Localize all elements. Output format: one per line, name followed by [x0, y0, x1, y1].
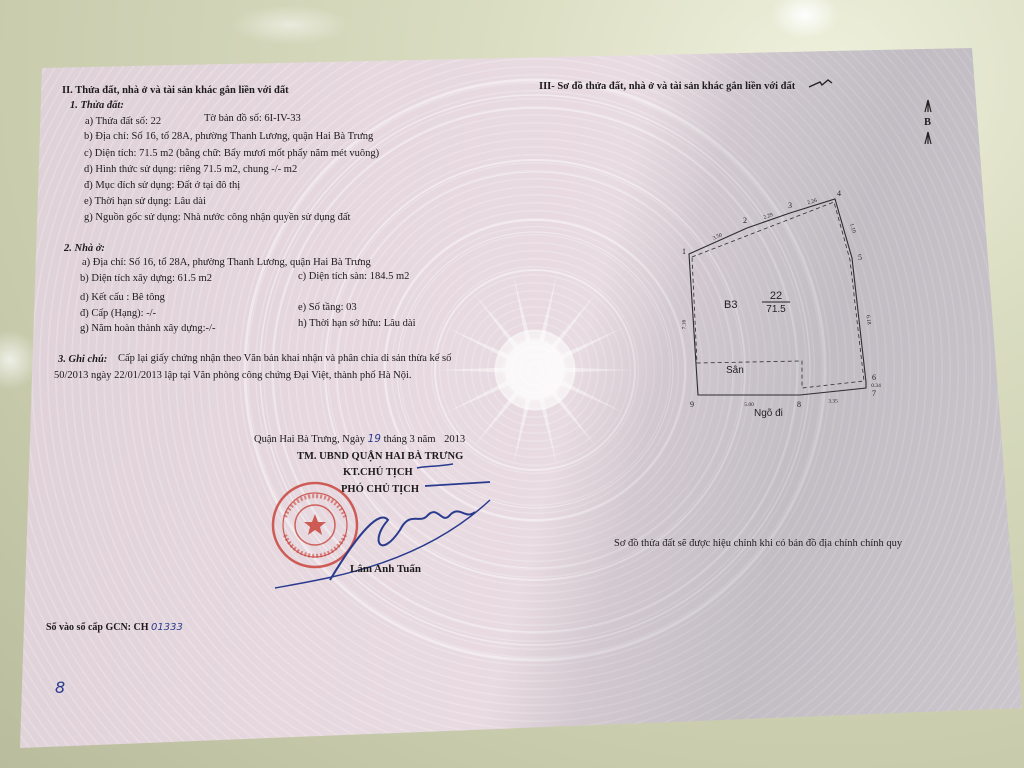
land-parcel-no: a) Thửa đất số: 22 — [85, 116, 161, 128]
note-line-1: Cấp lại giấy chứng nhận theo Văn bản kha… — [118, 353, 451, 365]
house-floors: e) Số tầng: 03 — [298, 302, 357, 314]
date-prefix: Quận Hai Bà Trưng, Ngày — [254, 434, 365, 445]
land-term: e) Thời hạn sử dụng: Lâu dài — [84, 196, 206, 208]
parcel-diagram: 1234567893.502.292.261.106.180.343.355.0… — [660, 185, 900, 435]
north-label: B — [924, 117, 931, 129]
vertex-label: 8 — [797, 400, 801, 409]
edge-length: 7.16 — [682, 319, 688, 329]
signature-icon — [330, 511, 475, 580]
position: PHÓ CHỦ TỊCH — [341, 484, 419, 496]
certificate-paper: II. Thửa đất, nhà ở và tài sản khác gắn … — [0, 0, 1024, 768]
edge-length: 3.50 — [712, 232, 723, 242]
land-heading: 1. Thửa đất: — [70, 100, 124, 112]
house-floor-area: c) Diện tích sàn: 184.5 m2 — [298, 271, 409, 283]
vertex-label: 9 — [690, 400, 694, 409]
parcel-number: 22 — [770, 290, 782, 302]
vertex-label: 6 — [872, 373, 876, 382]
section-ii-title: II. Thửa đất, nhà ở và tài sản khác gắn … — [62, 85, 289, 97]
house-year-completed: g) Năm hoàn thành xây dựng:-/- — [80, 323, 215, 335]
registry-number: Số vào sổ cấp GCN: CH 01333 — [46, 622, 183, 634]
issue-date: Quận Hai Bà Trưng, Ngày 19 tháng 3 năm 2… — [254, 433, 465, 446]
land-purpose: đ) Mục đích sử dụng: Đất ở tại đô thị — [84, 180, 240, 192]
table-glare — [770, 0, 840, 40]
diagram-footnote: Sơ đồ thửa đất sẽ được hiệu chỉnh khi có… — [614, 538, 902, 550]
edge-length: 1.10 — [848, 223, 856, 234]
section-iii-title: III- Sơ đồ thửa đất, nhà ở và tài sản kh… — [539, 81, 795, 93]
parcel-area: 71.5 — [766, 304, 786, 315]
on-behalf: KT.CHỦ TỊCH — [343, 467, 413, 479]
land-use-form: d) Hình thức sử dụng: riêng 71.5 m2, chu… — [84, 164, 297, 176]
note-heading: 3. Ghi chú: — [58, 354, 107, 366]
edge-length: 2.26 — [807, 198, 818, 207]
edge-length: 5.00 — [744, 402, 754, 408]
yard-label: Sân — [726, 365, 744, 376]
bronze-drum-watermark — [235, 70, 835, 670]
north-arrow: B — [921, 98, 935, 148]
house-built-area: b) Diện tích xây dựng: 61.5 m2 — [80, 273, 212, 285]
house-footprint — [692, 202, 864, 388]
block-label: B3 — [724, 299, 737, 311]
vertex-label: 3 — [788, 201, 792, 210]
house-heading: 2. Nhà ở: — [64, 243, 105, 255]
date-year: 2013 — [444, 434, 465, 445]
edge-length: 3.35 — [828, 399, 838, 405]
land-map-sheet: Tờ bản đồ số: 6I-IV-33 — [204, 113, 301, 125]
land-area: c) Diện tích: 71.5 m2 (bằng chữ: Bẩy mươ… — [84, 148, 379, 160]
vertex-label: 4 — [837, 189, 841, 198]
land-origin: g) Nguồn gốc sử dụng: Nhà nước công nhận… — [84, 212, 350, 224]
land-address: b) Địa chỉ: Số 16, tổ 28A, phường Thanh … — [84, 131, 373, 143]
vertex-label: 5 — [858, 253, 862, 262]
vertex-label: 2 — [743, 216, 747, 225]
registry-value: 01333 — [151, 622, 183, 633]
edge-length: 6.18 — [864, 315, 871, 325]
signer-name: Lâm Anh Tuấn — [350, 563, 421, 575]
vertex-label: 7 — [872, 389, 876, 398]
parcel-boundary — [689, 199, 866, 395]
date-month: tháng 3 năm — [384, 434, 436, 445]
house-address: a) Địa chỉ: Số 16, tổ 28A, phường Thanh … — [82, 257, 371, 269]
edge-length: 2.29 — [763, 212, 774, 221]
house-ownership-term: h) Thời hạn sở hữu: Lâu dài — [298, 318, 416, 330]
house-grade: đ) Cấp (Hạng): -/- — [80, 308, 156, 320]
date-day: 19 — [368, 433, 381, 445]
vertex-label: 1 — [682, 247, 686, 256]
margin-mark: 8 — [55, 682, 65, 694]
initial-mark-icon — [415, 462, 455, 472]
note-line-2: 50/2013 ngày 22/01/2013 lập tại Văn phòn… — [54, 370, 412, 382]
strike-mark-icon — [808, 78, 834, 90]
road-label: Ngõ đi — [754, 408, 783, 419]
official-stamp — [270, 470, 500, 590]
edge-length: 0.34 — [871, 383, 881, 389]
north-arrow-icon — [921, 98, 935, 148]
house-structure: d) Kết cấu : Bê tông — [80, 292, 165, 304]
table-glare — [230, 5, 350, 45]
authority: TM. UBND QUẬN HAI BÀ TRƯNG — [297, 451, 463, 463]
registry-label: Số vào sổ cấp GCN: CH — [46, 622, 149, 633]
